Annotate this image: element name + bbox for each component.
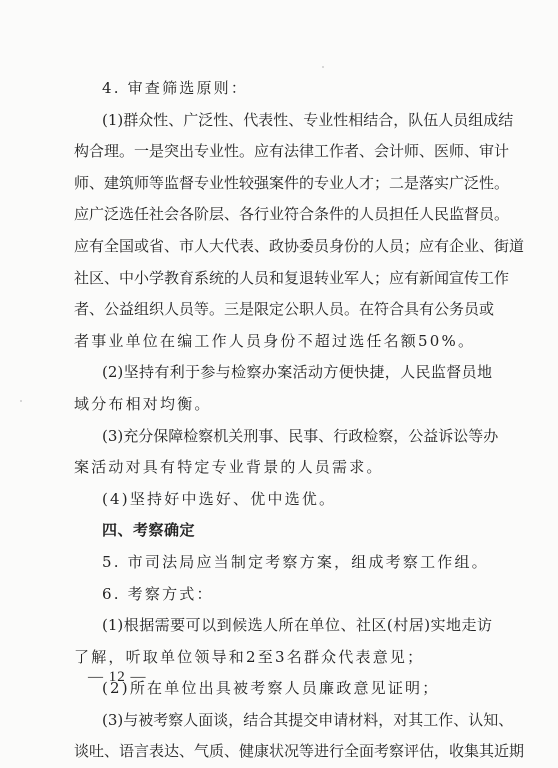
- section-heading-inspection: 四、考察确定: [74, 515, 492, 547]
- paragraph-line: 者、公益组织人员等。三是限定公职人员。在符合具有公务员或: [74, 294, 492, 326]
- paragraph-line: (2)坚持有利于参与检察办案活动方便快捷，人民监督员地: [74, 357, 492, 389]
- paragraph-line: 应广泛选任社会各阶层、各行业符合条件的人员担任人民监督员。: [74, 199, 492, 231]
- paragraph-line: (1)群众性、广泛性、代表性、专业性相结合，队伍人员组成结: [74, 105, 492, 137]
- paragraph-line: (3)充分保障检察机关刑事、民事、行政检察，公益诉讼等办: [74, 421, 492, 453]
- scan-speck: [322, 66, 324, 68]
- page-number: — 12 —: [88, 669, 147, 686]
- paragraph-line: 构合理。一是突出专业性。应有法律工作者、会计师、医师、审计: [74, 136, 492, 168]
- paragraph-line: (1)根据需要可以到候选人所在单位、社区(村居)实地走访: [74, 610, 492, 642]
- heading-6-inspection-methods: 6. 考察方式：: [74, 579, 492, 611]
- document-body: 4. 审查筛选原则： (1)群众性、广泛性、代表性、专业性相结合，队伍人员组成结…: [74, 73, 492, 768]
- paragraph-line: 谈吐、语言表达、气质、健康状况等进行全面考察评估，收集其近期: [74, 736, 492, 768]
- paragraph-line: 者事业单位在编工作人员身份不超过选任名额50%。: [74, 326, 492, 358]
- paragraph-line: 案活动对具有特定专业背景的人员需求。: [74, 452, 492, 484]
- paragraph-line: 社区、中小学教育系统的人员和复退转业军人；应有新闻宣传工作: [74, 263, 492, 295]
- document-page: 4. 审查筛选原则： (1)群众性、广泛性、代表性、专业性相结合，队伍人员组成结…: [0, 0, 558, 768]
- paragraph-line: 应有全国或省、市人大代表、政协委员身份的人员；应有企业、街道: [74, 231, 492, 263]
- paragraph-line: 域分布相对均衡。: [74, 389, 492, 421]
- scan-speck: [20, 400, 22, 402]
- paragraph-line: 5. 市司法局应当制定考察方案，组成考察工作组。: [74, 547, 492, 579]
- paragraph-line: (4)坚持好中选好、优中选优。: [74, 484, 492, 516]
- paragraph-line: (3)与被考察人面谈，结合其提交申请材料，对其工作、认知、: [74, 705, 492, 737]
- heading-4-screening-principles: 4. 审查筛选原则：: [74, 73, 492, 105]
- paragraph-line: 师、建筑师等监督专业性较强案件的专业人才；二是落实广泛性。: [74, 168, 492, 200]
